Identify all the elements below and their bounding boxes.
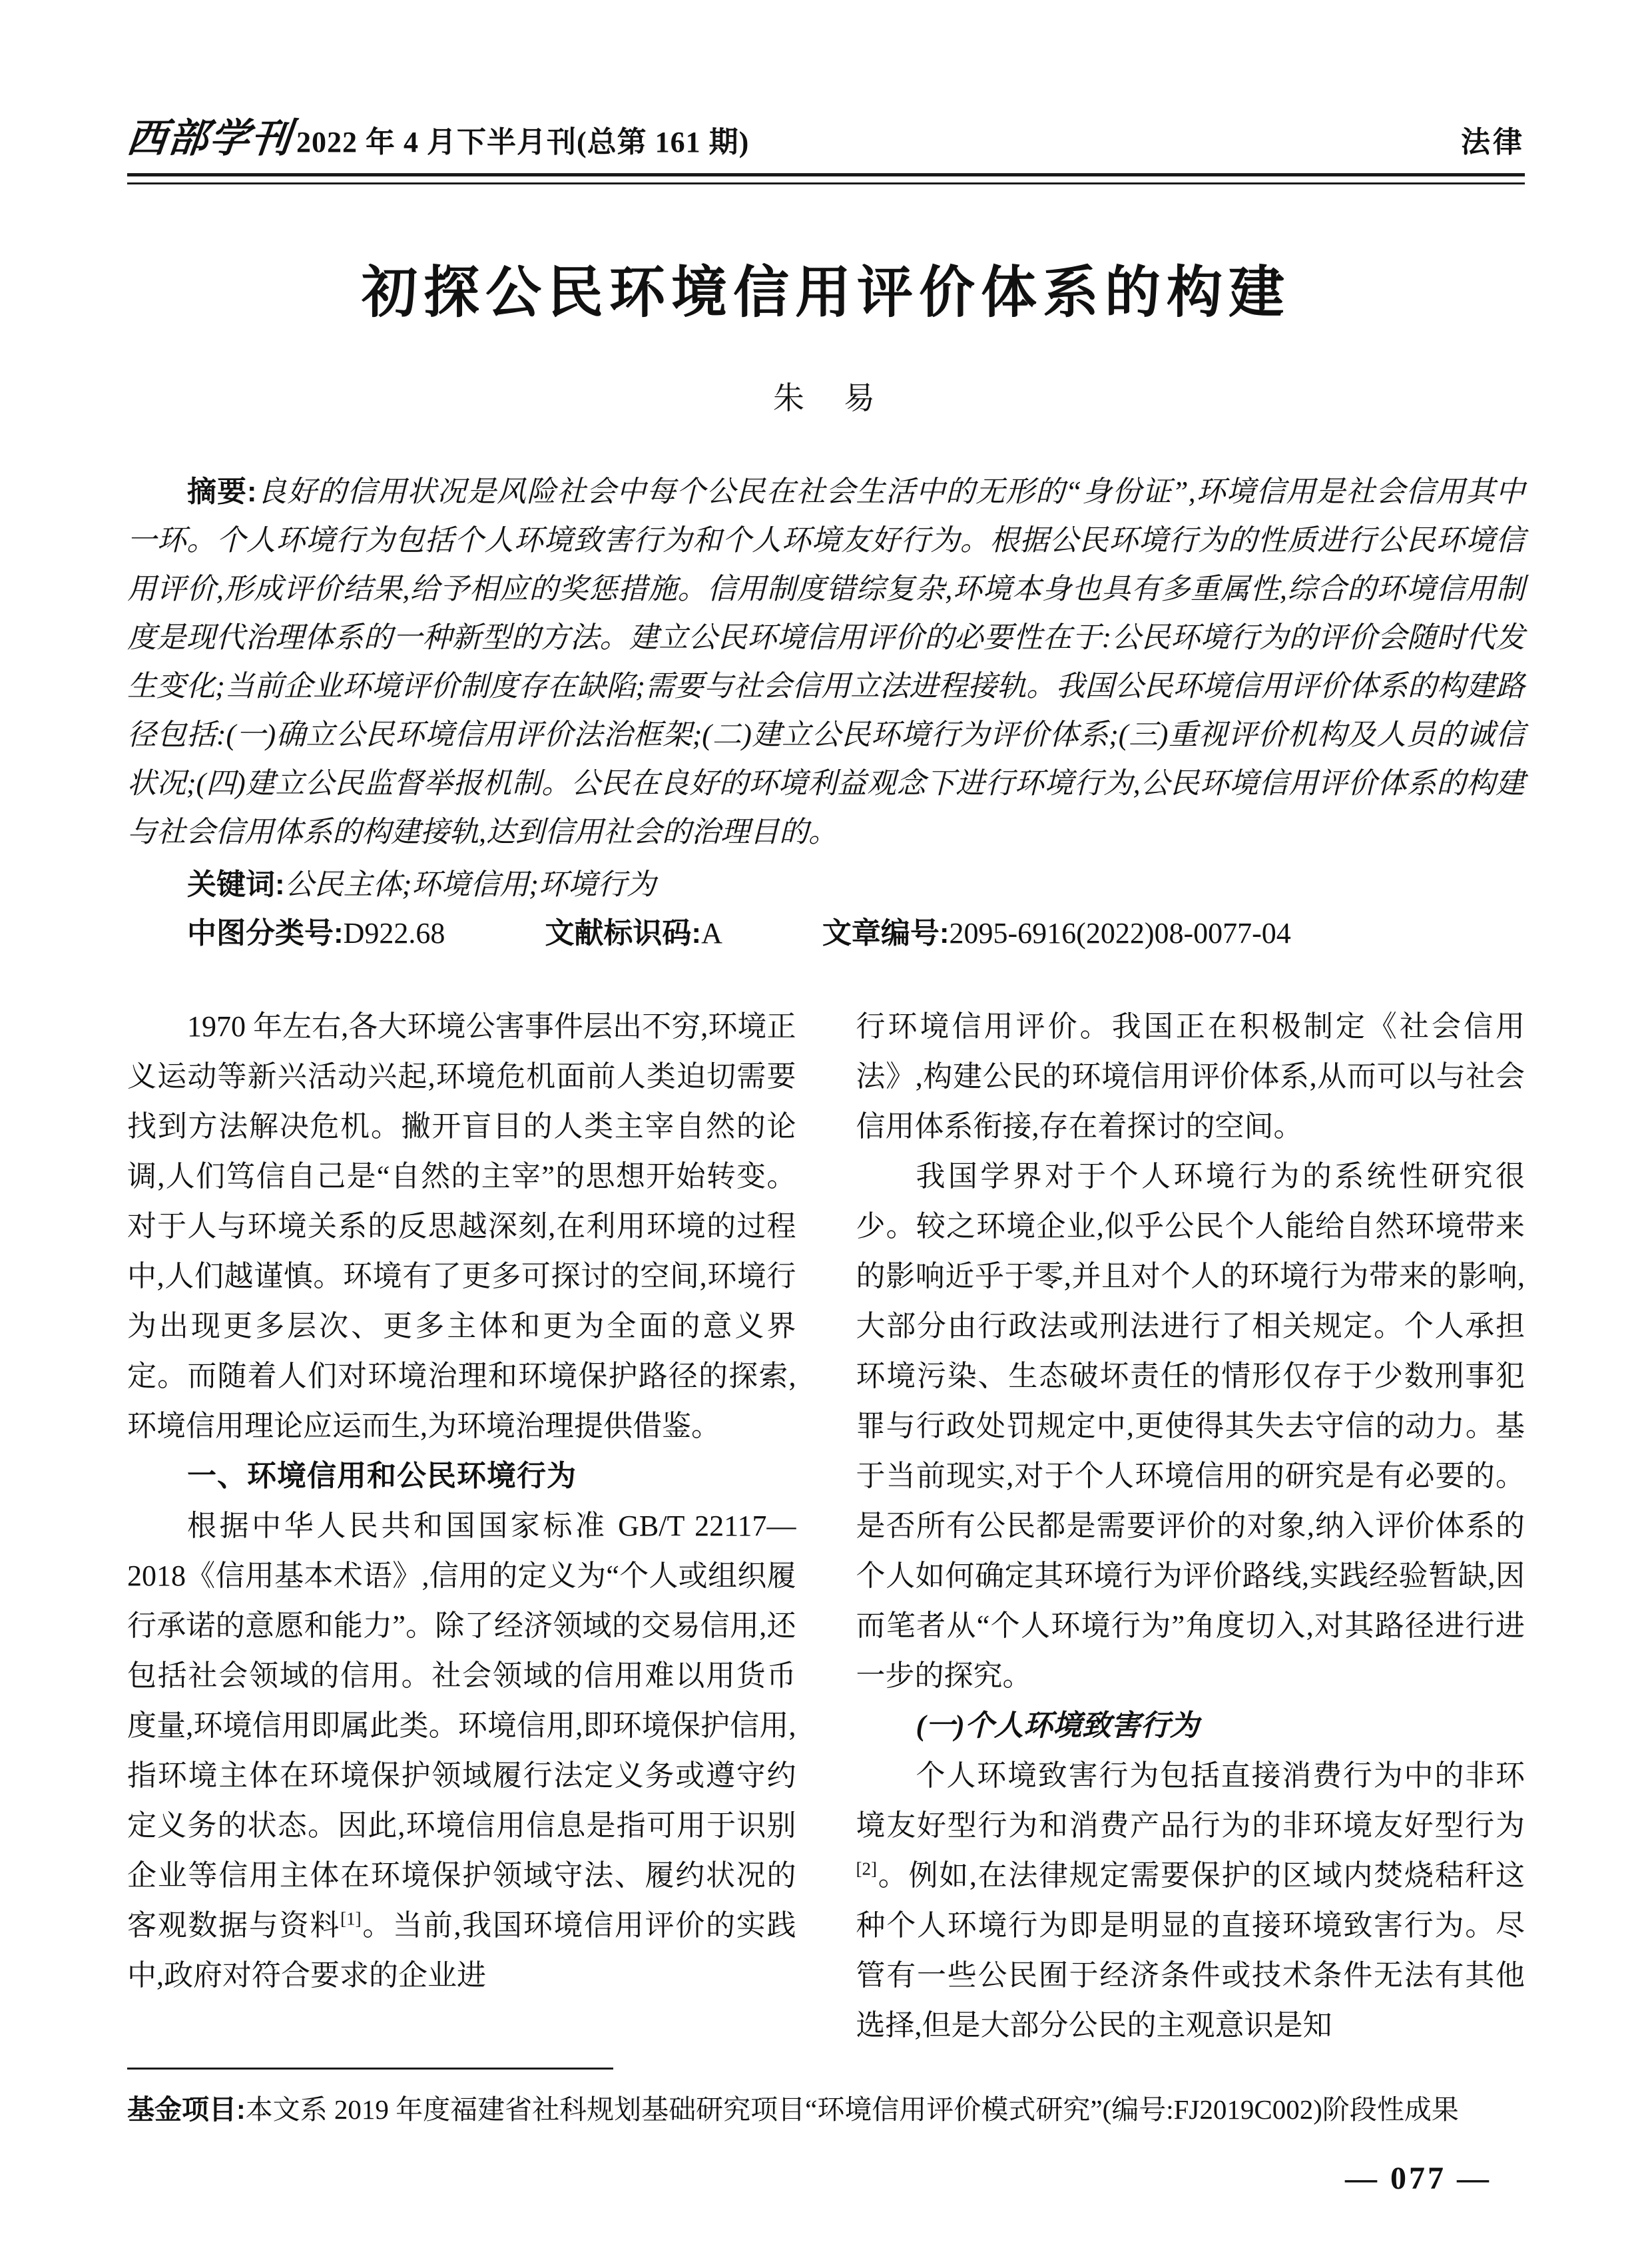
article-id-label: 文章编号:: [822, 917, 950, 950]
fund-note: 基金项目:本文系 2019 年度福建省社科规划基础研究项目“环境信用评价模式研究…: [127, 2090, 1525, 2129]
fund-text: 本文系 2019 年度福建省社科规划基础研究项目“环境信用评价模式研究”(编号:…: [246, 2094, 1459, 2125]
journal-page: 西部学刊 2022 年 4 月下半月刊(总第 161 期) 法律 初探公民环境信…: [0, 0, 1652, 2242]
keywords-line: 关键词:公民主体;环境信用;环境行为: [127, 860, 1525, 909]
keywords-label: 关键词:: [187, 868, 285, 901]
page-header: 西部学刊 2022 年 4 月下半月刊(总第 161 期) 法律: [127, 0, 1525, 164]
paragraph: 根据中华人民共和国国家标准 GB/T 22117—2018《信用基本术语》,信用…: [127, 1501, 796, 2000]
reference-marker-1: [1]: [340, 1909, 361, 1929]
subsection-heading-1: (一)个人环境致害行为: [856, 1701, 1525, 1751]
article-id-value: 2095-6916(2022)08-0077-04: [950, 917, 1291, 950]
issue-info: 2022 年 4 月下半月刊(总第 161 期): [296, 118, 749, 160]
doc-code-value: A: [701, 917, 722, 950]
section-heading-1: 一、环境信用和公民环境行为: [127, 1451, 796, 1501]
paragraph: 我国学界对于个人环境行为的系统性研究很少。较之环境企业,似乎公民个人能给自然环境…: [856, 1151, 1525, 1701]
doc-code-label: 文献标识码:: [545, 917, 701, 950]
body-columns: 1970 年左右,各大环境公害事件层出不穷,环境正义运动等新兴活动兴起,环境危机…: [127, 1001, 1525, 2050]
paragraph: 1970 年左右,各大环境公害事件层出不穷,环境正义运动等新兴活动兴起,环境危机…: [127, 1001, 796, 1451]
page-number: — 077 —: [127, 2160, 1525, 2197]
fund-label: 基金项目:: [127, 2094, 246, 2125]
paragraph-text: 。例如,在法律规定需要保护的区域内焚烧秸秆这种个人环境行为即是明显的直接环境致害…: [856, 1859, 1525, 2042]
header-rule-bottom: [127, 182, 1525, 184]
paragraph-text: 个人环境致害行为包括直接消费行为中的非环境友好型行为和消费产品行为的非环境友好型…: [856, 1759, 1525, 1842]
clc-label: 中图分类号:: [187, 917, 344, 950]
reference-marker-2: [2]: [856, 1859, 877, 1879]
article-title: 初探公民环境信用评价体系的构建: [127, 263, 1525, 324]
paragraph: 个人环境致害行为包括直接消费行为中的非环境友好型行为和消费产品行为的非环境友好型…: [856, 1751, 1525, 2050]
right-column: 行环境信用评价。我国正在积极制定《社会信用法》,构建公民的环境信用评价体系,从而…: [856, 1001, 1525, 2050]
clc-value: D922.68: [344, 917, 445, 950]
section-label: 法律: [1461, 118, 1525, 160]
left-column: 1970 年左右,各大环境公害事件层出不穷,环境正义运动等新兴活动兴起,环境危机…: [127, 1001, 796, 2050]
meta-line: 中图分类号:D922.68文献标识码:A文章编号:2095-6916(2022)…: [127, 909, 1525, 958]
article-author: 朱 易: [127, 374, 1525, 418]
paragraph-text: 根据中华人民共和国国家标准 GB/T 22117—2018《信用基本术语》,信用…: [127, 1510, 796, 1942]
keywords-text: 公民主体;环境信用;环境行为: [285, 868, 656, 901]
paragraph-continuation: 行环境信用评价。我国正在积极制定《社会信用法》,构建公民的环境信用评价体系,从而…: [856, 1001, 1525, 1151]
abstract-label: 摘要:: [187, 475, 257, 508]
journal-logo: 西部学刊: [124, 107, 295, 164]
header-rule-top: [127, 173, 1525, 176]
abstract-text: 良好的信用状况是风险社会中每个公民在社会生活中的无形的“身份证”,环境信用是社会…: [127, 475, 1525, 848]
abstract-paragraph: 摘要:良好的信用状况是风险社会中每个公民在社会生活中的无形的“身份证”,环境信用…: [127, 467, 1525, 856]
footnote-divider: [127, 2068, 613, 2070]
